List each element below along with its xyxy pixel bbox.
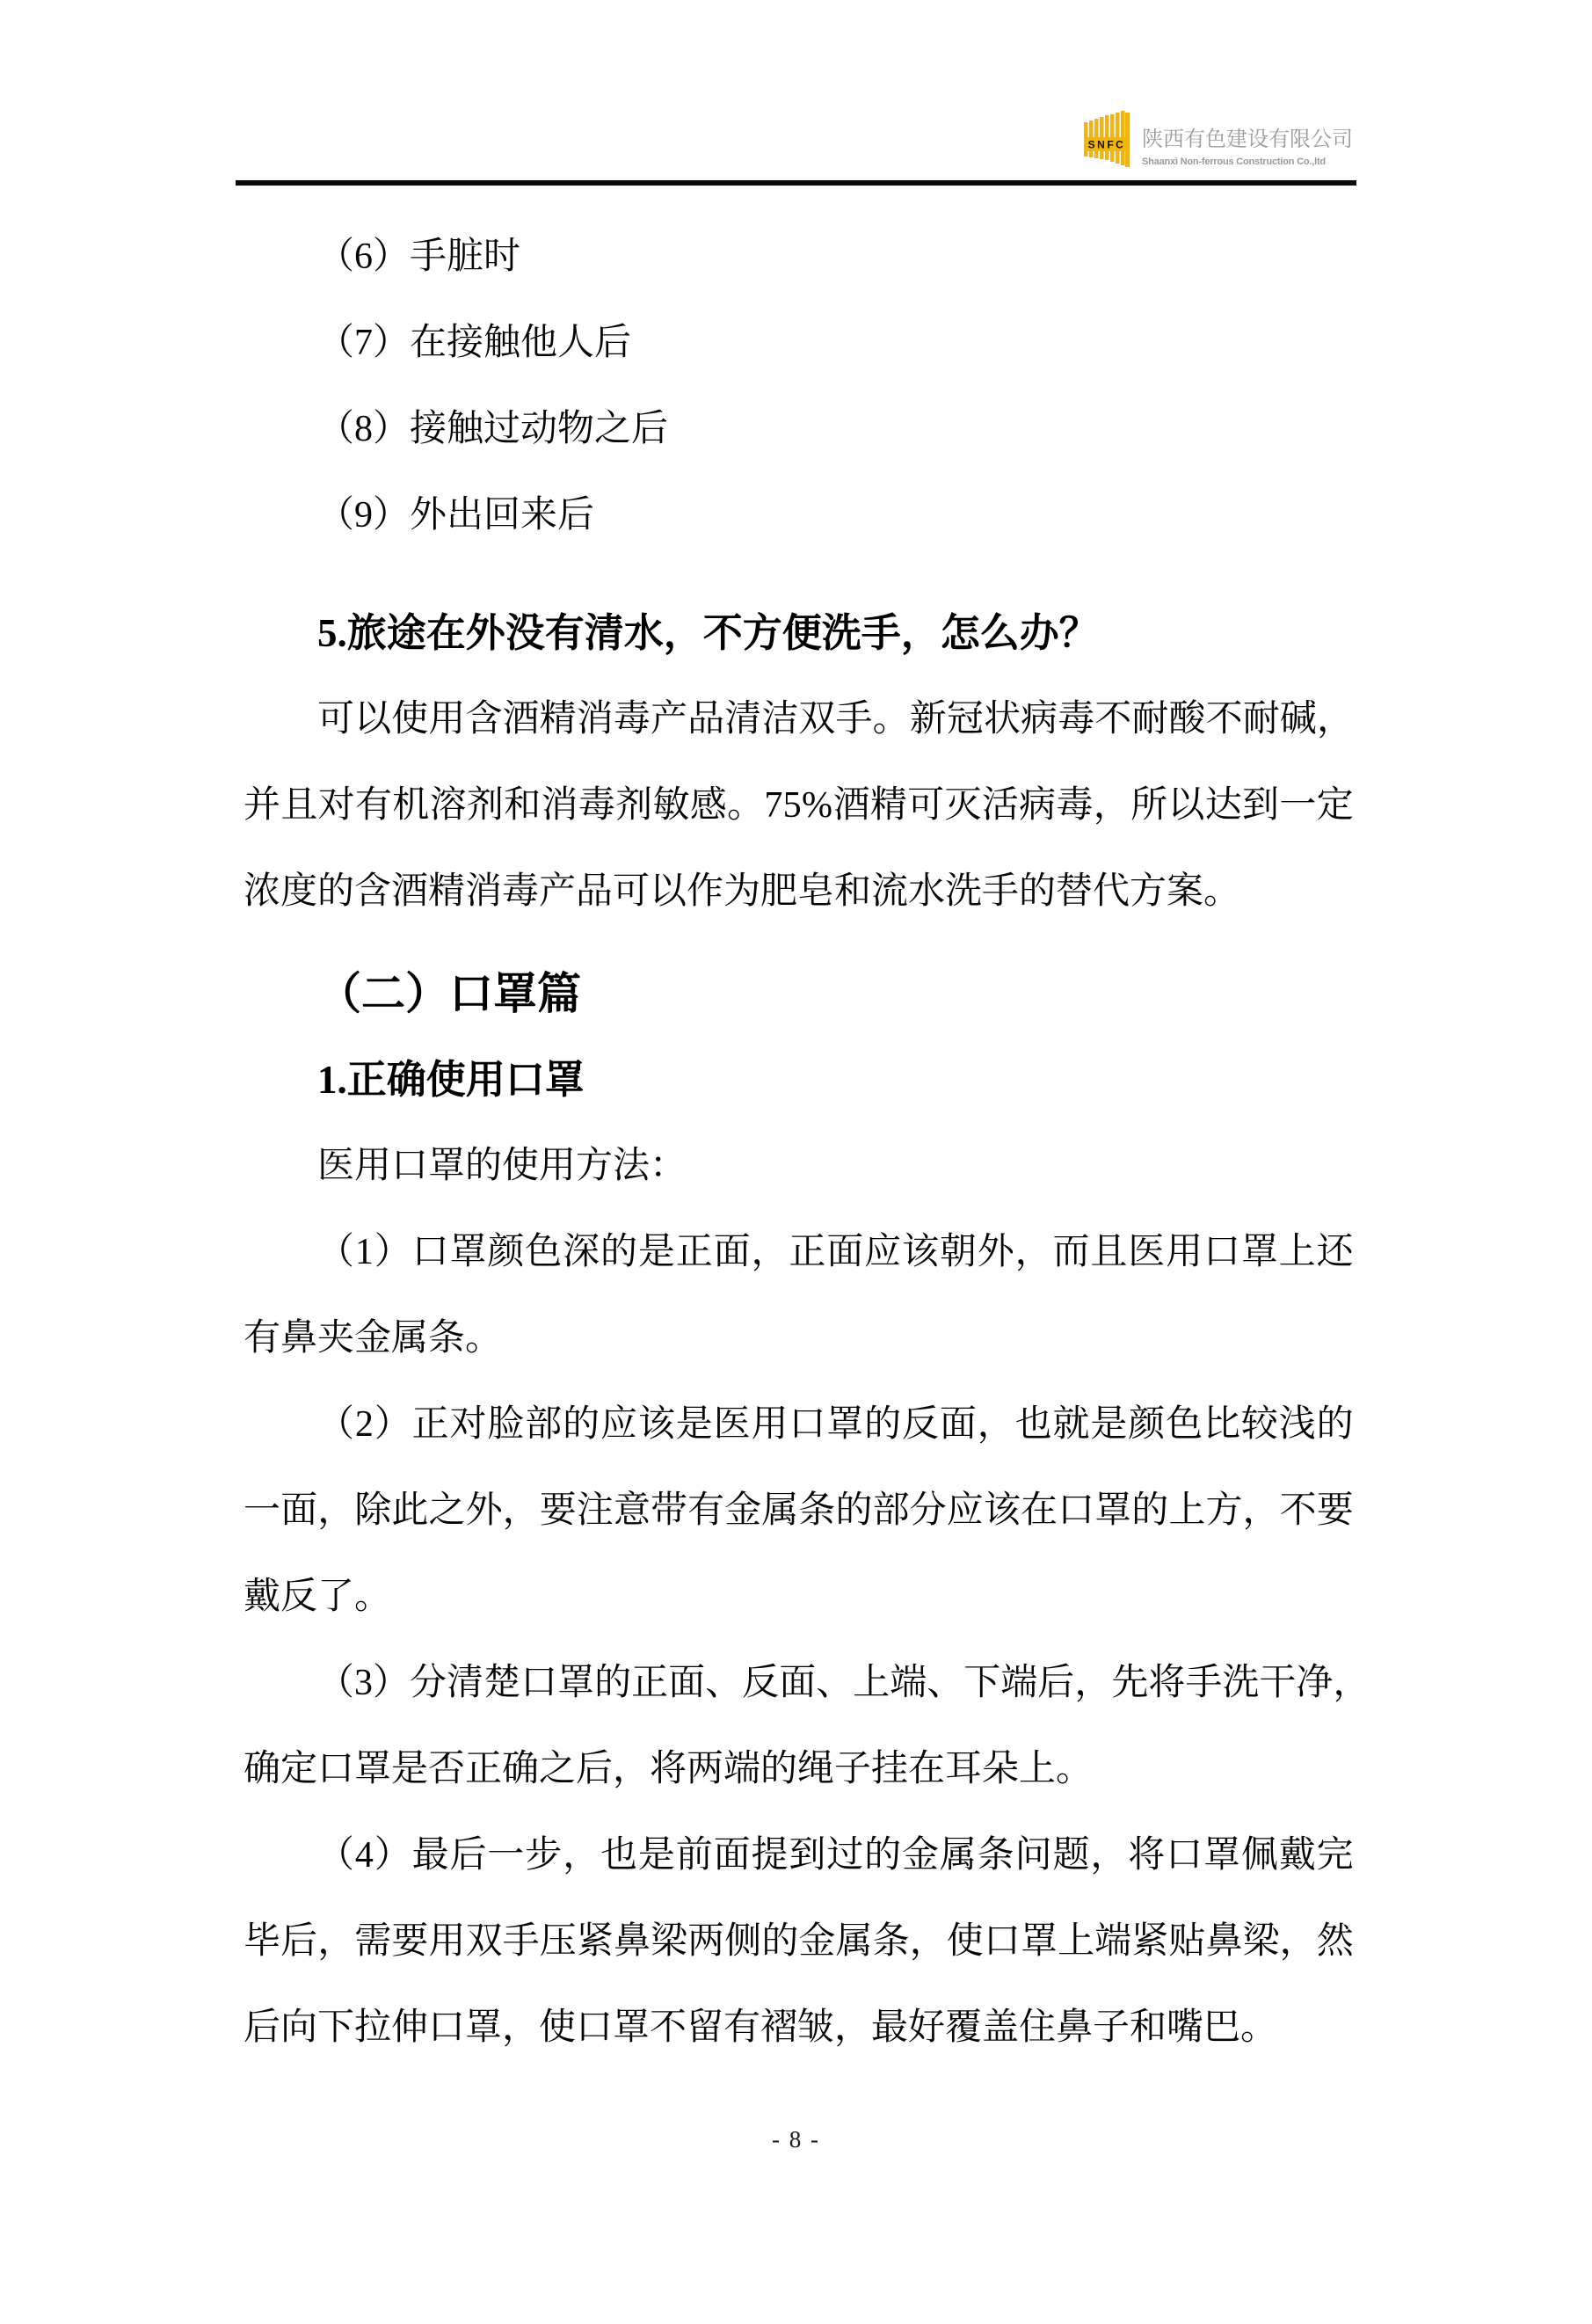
- company-name-block: 陕西有色建设有限公司 Shaanxi Non-ferrous Construct…: [1142, 127, 1353, 169]
- heading-correct-mask-use: 1.正确使用口罩: [244, 1037, 1354, 1123]
- list-item-9: （9）外出回来后: [244, 472, 1354, 558]
- company-name-english: Shaanxi Non-ferrous Construction Co.,ltd: [1142, 156, 1353, 169]
- snfc-logo-icon: SNFC: [1084, 111, 1130, 167]
- mask-step-1-line-2: 有鼻夹金属条。: [244, 1295, 1354, 1381]
- mask-step-4-line-3: 后向下拉伸口罩，使口罩不留有褶皱，最好覆盖住鼻子和嘴巴。: [244, 1985, 1354, 2071]
- paragraph-alcohol-line-2: 并且对有机溶剂和消毒剂敏感。75% 酒精可灭活病毒，所以达到一定: [244, 762, 1354, 849]
- paragraph-mask-method-intro: 医用口罩的使用方法：: [244, 1123, 1354, 1209]
- heading-section-masks: （二）口罩篇: [244, 951, 1354, 1037]
- mask-step-1-line-1: （1）口罩颜色深的是正面，正面应该朝外，而且医用口罩上还: [244, 1209, 1354, 1295]
- heading-question-5: 5.旅途在外没有清水，不方便洗手，怎么办？: [244, 590, 1354, 676]
- document-body: （6）手脏时 （7）在接触他人后 （8）接触过动物之后 （9）外出回来后 5.旅…: [244, 214, 1354, 2071]
- list-item-6: （6）手脏时: [244, 214, 1354, 300]
- company-logo: SNFC 陕西有色建设有限公司 Shaanxi Non-ferrous Cons…: [1084, 111, 1353, 169]
- mask-step-4-line-1: （4）最后一步，也是前面提到过的金属条问题，将口罩佩戴完: [244, 1812, 1354, 1898]
- mask-step-2-line-2: 一面，除此之外，要注意带有金属条的部分应该在口罩的上方，不要: [244, 1468, 1354, 1554]
- mask-step-3-line-2: 确定口罩是否正确之后，将两端的绳子挂在耳朵上。: [244, 1726, 1354, 1812]
- company-name-chinese: 陕西有色建设有限公司: [1142, 127, 1353, 153]
- snfc-abbr-text: SNFC: [1088, 139, 1126, 151]
- mask-step-2-line-1: （2）正对脸部的应该是医用口罩的反面，也就是颜色比较浅的: [244, 1381, 1354, 1468]
- mask-step-4-line-2: 毕后，需要用双手压紧鼻梁两侧的金属条，使口罩上端紧贴鼻梁，然: [244, 1898, 1354, 1985]
- page-number: - 8 -: [0, 2126, 1592, 2153]
- mask-step-2-line-3: 戴反了。: [244, 1554, 1354, 1640]
- paragraph-alcohol-line-1: 可以使用含酒精消毒产品清洁双手。新冠状病毒不耐酸不耐碱，: [244, 676, 1354, 762]
- mask-step-3-line-1: （3）分清楚口罩的正面、反面、上端、下端后，先将手洗干净，: [244, 1640, 1354, 1726]
- list-item-8: （8）接触过动物之后: [244, 386, 1354, 472]
- paragraph-alcohol-line-3: 浓度的含酒精消毒产品可以作为肥皂和流水洗手的替代方案。: [244, 849, 1354, 935]
- document-page: SNFC 陕西有色建设有限公司 Shaanxi Non-ferrous Cons…: [0, 0, 1592, 2324]
- list-item-7: （7）在接触他人后: [244, 300, 1354, 386]
- header-rule: [236, 180, 1356, 186]
